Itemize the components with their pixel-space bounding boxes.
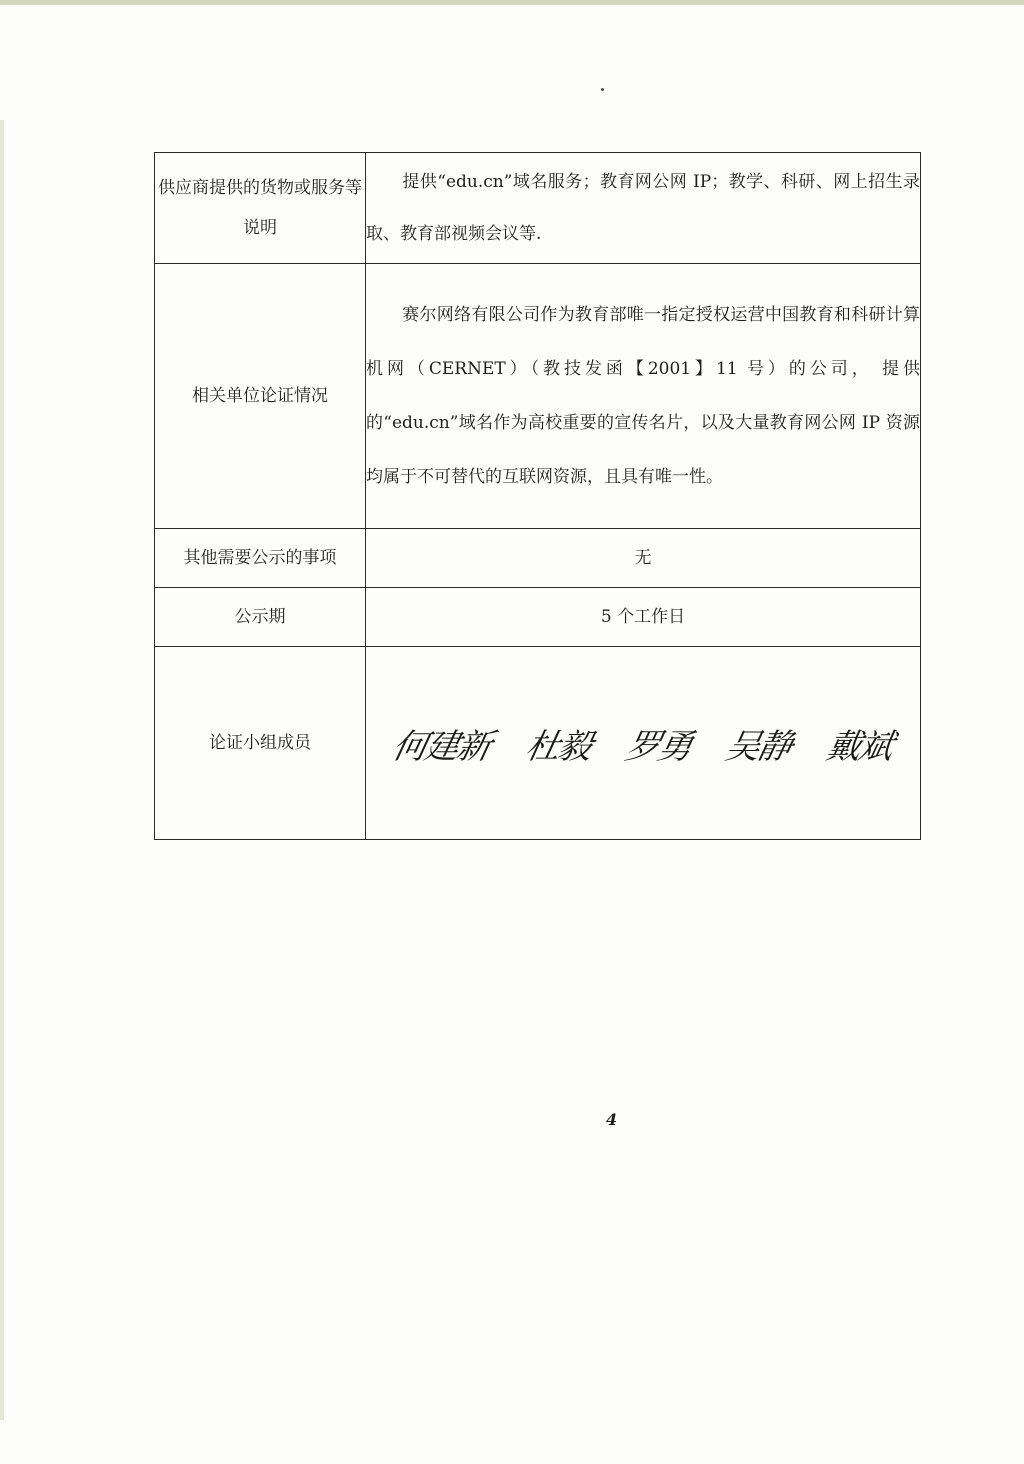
scan-speck bbox=[601, 88, 604, 91]
row-content: 赛尔网络有限公司作为教育部唯一指定授权运营中国教育和科研计算机网（CERNET）… bbox=[366, 264, 921, 529]
argument-description: 赛尔网络有限公司作为教育部唯一指定授权运营中国教育和科研计算机网（CERNET）… bbox=[366, 305, 920, 487]
table-row: 公示期 5 个工作日 bbox=[155, 588, 921, 647]
row-label: 论证小组成员 bbox=[155, 647, 366, 840]
row-label: 其他需要公示的事项 bbox=[155, 529, 366, 588]
row-label: 相关单位论证情况 bbox=[155, 264, 366, 529]
signatures-cell: 何建新 杜毅 罗勇 吴静 戴斌 bbox=[366, 647, 921, 840]
supply-description: 提供“edu.cn”域名服务；教育网公网 IP；教学、科研、网上招生录取、教育部… bbox=[366, 172, 920, 244]
table-row: 相关单位论证情况 赛尔网络有限公司作为教育部唯一指定授权运营中国教育和科研计算机… bbox=[155, 264, 921, 529]
signature: 罗勇 bbox=[622, 719, 696, 768]
scan-edge-left bbox=[0, 120, 4, 1420]
table-row: 供应商提供的货物或服务等说明 提供“edu.cn”域名服务；教育网公网 IP；教… bbox=[155, 153, 921, 264]
signature: 戴斌 bbox=[823, 719, 897, 768]
signature: 吴静 bbox=[722, 719, 796, 768]
scan-edge-top bbox=[0, 0, 1024, 5]
row-content: 提供“edu.cn”域名服务；教育网公网 IP；教学、科研、网上招生录取、教育部… bbox=[366, 153, 921, 264]
page-number: 4 bbox=[606, 1110, 617, 1129]
table-row: 其他需要公示的事项 无 bbox=[155, 529, 921, 588]
signatures: 何建新 杜毅 罗勇 吴静 戴斌 bbox=[366, 647, 920, 839]
notice-table: 供应商提供的货物或服务等说明 提供“edu.cn”域名服务；教育网公网 IP；教… bbox=[154, 152, 921, 840]
table-row: 论证小组成员 何建新 杜毅 罗勇 吴静 戴斌 bbox=[155, 647, 921, 840]
row-label: 公示期 bbox=[155, 588, 366, 647]
row-content: 5 个工作日 bbox=[366, 588, 921, 647]
signature: 何建新 bbox=[389, 719, 495, 768]
row-label: 供应商提供的货物或服务等说明 bbox=[155, 153, 366, 264]
signature: 杜毅 bbox=[521, 719, 595, 768]
row-content: 无 bbox=[366, 529, 921, 588]
